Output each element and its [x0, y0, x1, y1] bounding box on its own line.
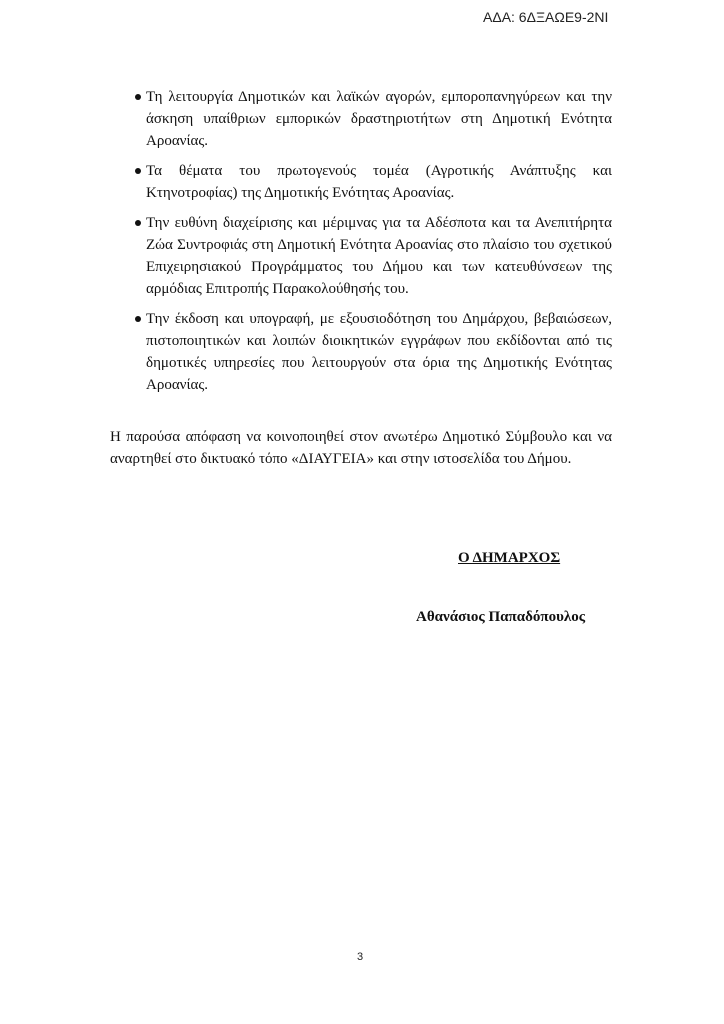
bullet-icon: [135, 168, 141, 174]
list-item: Τη λειτουργία Δημοτικών και λαϊκών αγορώ…: [110, 86, 612, 152]
list-item: Την ευθύνη διαχείρισης και μέριμνας για …: [110, 212, 612, 300]
signature-title: Ο ΔΗΜΑΡΧΟΣ: [458, 550, 560, 567]
bullet-icon: [135, 94, 141, 100]
responsibilities-list: Τη λειτουργία Δημοτικών και λαϊκών αγορώ…: [110, 86, 612, 396]
page-number: 3: [357, 951, 363, 963]
list-item-text: Τη λειτουργία Δημοτικών και λαϊκών αγορώ…: [146, 89, 612, 149]
document-body: Τη λειτουργία Δημοτικών και λαϊκών αγορώ…: [110, 86, 612, 470]
list-item-text: Την ευθύνη διαχείρισης και μέριμνας για …: [146, 215, 612, 297]
list-item: Την έκδοση και υπογραφή, με εξουσιοδότησ…: [110, 308, 612, 396]
bullet-icon: [135, 316, 141, 322]
list-item-text: Την έκδοση και υπογραφή, με εξουσιοδότησ…: [146, 311, 612, 393]
bullet-icon: [135, 220, 141, 226]
notification-paragraph: Η παρούσα απόφαση να κοινοποιηθεί στον α…: [110, 426, 612, 470]
list-item: Τα θέματα του πρωτογενούς τομέα (Αγροτικ…: [110, 160, 612, 204]
list-item-text: Τα θέματα του πρωτογενούς τομέα (Αγροτικ…: [146, 163, 612, 201]
signature-name: Αθανάσιος Παπαδόπουλος: [416, 609, 585, 626]
ada-identifier: ΑΔΑ: 6ΔΞΑΩΕ9-2ΝΙ: [483, 9, 608, 25]
